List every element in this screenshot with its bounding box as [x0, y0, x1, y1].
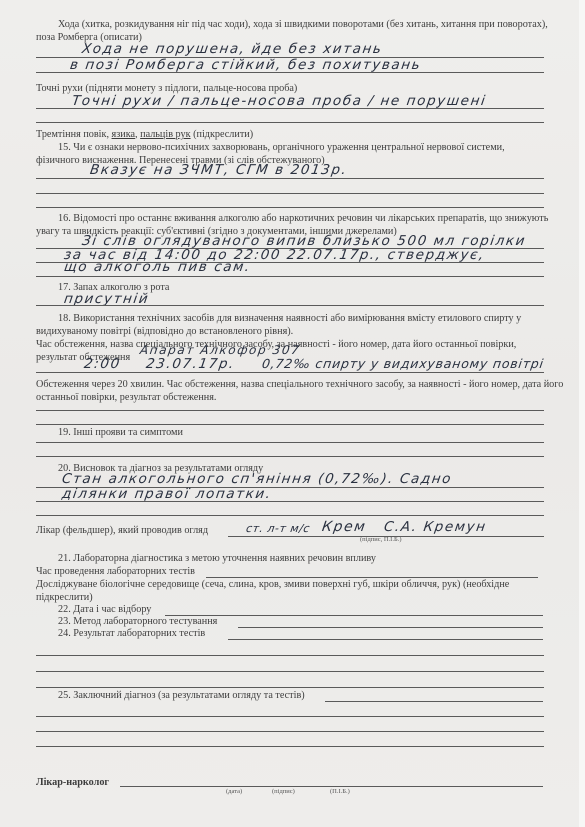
answer-line [36, 207, 544, 208]
q15-label-line1: 15. Чи є ознаки нервово-психічних захвор… [58, 142, 505, 154]
q25-label: 25. Заключний діагноз (за результатами о… [58, 690, 305, 702]
scanned-form-page: Хода (хитка, розкидування ніг під час хо… [0, 0, 585, 827]
q24-label: 24. Результат лабораторних тестів [58, 628, 205, 640]
answer-line [36, 515, 544, 516]
narcologist-signature-line [120, 786, 543, 787]
q19-label: 19. Інші прояви та симптоми [58, 427, 183, 439]
answer-line [36, 687, 544, 688]
answer-line [36, 193, 544, 194]
q18-label-line1: 18. Використання технічних засобів для в… [58, 313, 521, 325]
answer-line [36, 456, 544, 457]
q18-answer-time: 2:00 [83, 357, 122, 371]
lab-time-field [206, 577, 538, 578]
answer-line [36, 424, 544, 425]
answer-line [36, 372, 544, 373]
q16-answer-line3: що алкоголь пив сам. [63, 260, 252, 274]
narcologist-label: Лікар-нарколог [36, 777, 109, 789]
q18-answer-device: Апарат Алкофор 307 [139, 343, 301, 357]
q18-label-line2: видихуваному повітрі (відповідно до вста… [36, 326, 293, 338]
answer-line [36, 442, 544, 443]
q21-bio-label-line2: підкреслити) [36, 592, 93, 604]
narcologist-caption-name: (П.І.Б.) [330, 788, 350, 795]
recheck-label-line2: останньої повірки, результат обстеження. [36, 392, 216, 404]
tremor-option-fingers: пальців рук [140, 129, 190, 140]
examiner-name: С.А. Кремун [383, 520, 488, 534]
lab-result-field [228, 639, 543, 640]
answer-line [36, 108, 544, 109]
page-edge [579, 0, 585, 827]
answer-line [36, 122, 544, 123]
answer-line [36, 410, 544, 411]
q22-label: 22. Дата і час відбору [58, 604, 151, 616]
q21-bio-label-line1: Досліджуване біологічне середовище (сеча… [36, 579, 509, 591]
q16-label-line1: 16. Відомості про останнє вживання алког… [58, 213, 548, 225]
answer-line [36, 178, 544, 179]
q18-answer-result: 0,72‰ спирту у видихуваному повітрі [261, 357, 545, 371]
examiner-signature: Крем [321, 520, 367, 534]
recheck-label-line1: Обстеження через 20 хвилин. Час обстежен… [36, 379, 563, 391]
answer-line [36, 731, 544, 732]
examiner-label: Лікар (фельдшер), який проводив огляд [36, 525, 208, 537]
tremor-label-suffix: (підкреслити) [191, 129, 254, 140]
answer-line [36, 305, 544, 306]
narcologist-caption-date: (дата) [226, 788, 242, 795]
answer-line [36, 501, 544, 502]
q18-answer-date: 23.07.17р. [145, 357, 236, 371]
q23-label: 23. Метод лабораторного тестування [58, 616, 217, 628]
narcologist-caption-signature: (підпис) [272, 788, 295, 795]
sampling-datetime-field [165, 615, 543, 616]
final-diagnosis-field [325, 701, 543, 702]
lab-method-field [238, 627, 543, 628]
q20-answer-line1: Стан алкогольного сп'яніння (0,72‰). Сад… [61, 472, 453, 486]
gait-answer-line2: в позі Ромберга стійкий, без похитувань [69, 58, 422, 72]
precise-movements-answer: Точні рухи / пальце-носова проба / не по… [71, 94, 487, 108]
answer-line [36, 671, 544, 672]
q16-answer-line1: Зі слів оглядуваного випив близько 500 м… [81, 234, 527, 248]
answer-line [36, 746, 544, 747]
answer-line [36, 655, 544, 656]
tremor-label: Тремтіння повік, язика, пальців рук (під… [36, 129, 253, 141]
q21-label: 21. Лабораторна діагностика з метою уточ… [58, 553, 376, 565]
q21-time-label: Час проведення лабораторних тестів [36, 566, 195, 578]
q15-answer: Вказує на ЗЧМТ, СГМ в 2013р. [89, 163, 348, 177]
gait-answer-line1: Хода не порушена, йде без хитань [81, 42, 383, 56]
examiner-title: ст. л-т м/с [245, 522, 311, 536]
q20-answer-line2: ділянки правої лопатки. [61, 487, 273, 501]
examiner-caption: (підпис, П.І.Б.) [360, 536, 401, 543]
answer-line [36, 72, 544, 73]
answer-line [36, 716, 544, 717]
q17-answer: присутній [63, 292, 150, 306]
tremor-label-prefix: Тремтіння повік, [36, 129, 112, 140]
answer-line [36, 276, 544, 277]
tremor-option-tongue: язика [112, 129, 135, 140]
gait-label-line1: Хода (хитка, розкидування ніг під час хо… [58, 19, 548, 31]
